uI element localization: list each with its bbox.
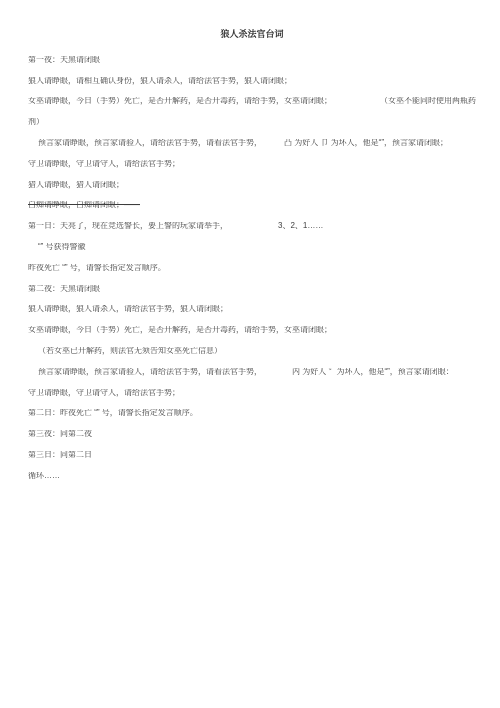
text-segment: 第一夜：天黑请闭眼: [28, 56, 100, 64]
text-segment: 第二夜：天黑请闭眼: [28, 285, 100, 293]
document-title: 狼人杀法官台词: [28, 30, 476, 40]
text-segment: （女巫不能同时使用两瓶药: [380, 97, 476, 105]
doc-line-night1-idiot: 白痴请睁眼，白痴请闭眼；——: [28, 201, 476, 210]
text-segment: 预言家请睁眼，预言家请验人，请给法官手势，请看法官手势，: [38, 368, 262, 376]
text-segment: 狼人请睁眼，狼人请杀人，请给法官手势，狼人请闭眼；: [28, 305, 228, 313]
text-segment: “” 号获得警徽: [38, 243, 86, 251]
doc-line-night1-wolf: 狼人请睁眼，请相互确认身份，狼人请杀人，请给法官手势，狼人请闭眼；: [28, 77, 476, 86]
doc-line-night2-seer: 预言家请睁眼，预言家请验人，请给法官手势，请看法官手势，内 为好人 〞为坏人，他…: [28, 368, 476, 377]
doc-line-night1-seer: 预言家请睁眼，预言家请验人，请给法官手势，请看法官手势，凸 为好人 卩 为坏人，…: [28, 139, 476, 148]
text-segment: 猎人请睁眼，猎人请闭眼；: [28, 181, 124, 189]
text-segment: 内 为好人 〞为坏人，他是“”，预言家请闭眼：: [292, 368, 454, 376]
text-segment: 女巫请睁眼，今日（手势）死亡，是否开解药，是否开毒药，请给手势，女巫请闭眼；: [28, 326, 332, 334]
text-segment: 第三日：同第二日: [28, 451, 92, 459]
doc-line-day1-death: 昨夜死亡 “” 号，请警长指定发言顺序。: [28, 264, 476, 273]
doc-line-night1-header: 第一夜：天黑请闭眼: [28, 56, 476, 65]
text-segment: 昨夜死亡 “” 号，请警长指定发言顺序。: [28, 264, 166, 272]
text-segment: 守卫请睁眼，守卫请守人，请给法官手势；: [28, 389, 180, 397]
doc-line-day2: 第二日：昨夜死亡 “” 号，请警长指定发言顺序。: [28, 409, 476, 418]
doc-line-day3: 第三日：同第二日: [28, 451, 476, 460]
text-segment: 守卫请睁眼，守卫请守人，请给法官手势；: [28, 160, 180, 168]
inline-spacer: [228, 226, 278, 227]
text-segment: 凸 为好人 卩 为坏人，他是“”，预言家请闭眼；: [284, 139, 448, 147]
doc-line-day1-header: 第一日：天亮了，现在竞选警长，要上警的玩家请举手，3、2、1……: [28, 222, 476, 231]
text-segment: 狼人请睁眼，请相互确认身份，狼人请杀人，请给法官手势，狼人请闭眼；: [28, 77, 292, 85]
text-segment: 女巫请睁眼，今日（手势）死亡，是否开解药，是否开毒药，请给手势，女巫请闭眼；: [28, 97, 332, 105]
text-segment: 白痴请睁眼，白痴请闭眼；——: [28, 201, 140, 209]
doc-line-loop: 循环……: [28, 472, 476, 481]
doc-line-night2-witch: 女巫请睁眼，今日（手势）死亡，是否开解药，是否开毒药，请给手势，女巫请闭眼；: [28, 326, 476, 335]
text-segment: 循环……: [28, 472, 60, 480]
doc-line-night1-guard: 守卫请睁眼，守卫请守人，请给法官手势；: [28, 160, 476, 169]
text-segment: 第二日：昨夜死亡 “” 号，请警长指定发言顺序。: [28, 409, 198, 417]
text-segment: 第三夜：同第二夜: [28, 430, 92, 438]
document-page: 狼人杀法官台词 第一夜：天黑请闭眼狼人请睁眼，请相互确认身份，狼人请杀人，请给法…: [0, 0, 500, 708]
text-segment: （若女巫已开解药，则法官无须告知女巫死亡信息）: [38, 347, 222, 355]
doc-line-night2-wolf: 狼人请睁眼，狼人请杀人，请给法官手势，狼人请闭眼；: [28, 305, 476, 314]
text-segment: 预言家请睁眼，预言家请验人，请给法官手势，请看法官手势，: [38, 139, 262, 147]
inline-spacer: [332, 101, 380, 102]
doc-line-night2-guard: 守卫请睁眼，守卫请守人，请给法官手势；: [28, 389, 476, 398]
text-segment: 3、2、1……: [278, 222, 323, 230]
doc-line-night2-header: 第二夜：天黑请闭眼: [28, 285, 476, 294]
doc-line-night1-hunter: 猎人请睁眼，猎人请闭眼；: [28, 181, 476, 190]
inline-spacer: [262, 142, 284, 143]
doc-line-day1-badge: “” 号获得警徽: [28, 243, 476, 252]
text-segment: 第一日：天亮了，现在竞选警长，要上警的玩家请举手，: [28, 222, 228, 230]
doc-line-night2-witch-note: （若女巫已开解药，则法官无须告知女巫死亡信息）: [28, 347, 476, 356]
document-body: 第一夜：天黑请闭眼狼人请睁眼，请相互确认身份，狼人请杀人，请给法官手势，狼人请闭…: [28, 56, 476, 481]
doc-line-night3: 第三夜：同第二夜: [28, 430, 476, 439]
doc-line-night1-witch-wrap: 剂）: [28, 118, 476, 127]
text-segment: 剂）: [28, 118, 44, 126]
inline-spacer: [262, 371, 292, 372]
doc-line-night1-witch: 女巫请睁眼，今日（手势）死亡，是否开解药，是否开毒药，请给手势，女巫请闭眼；（女…: [28, 97, 476, 106]
